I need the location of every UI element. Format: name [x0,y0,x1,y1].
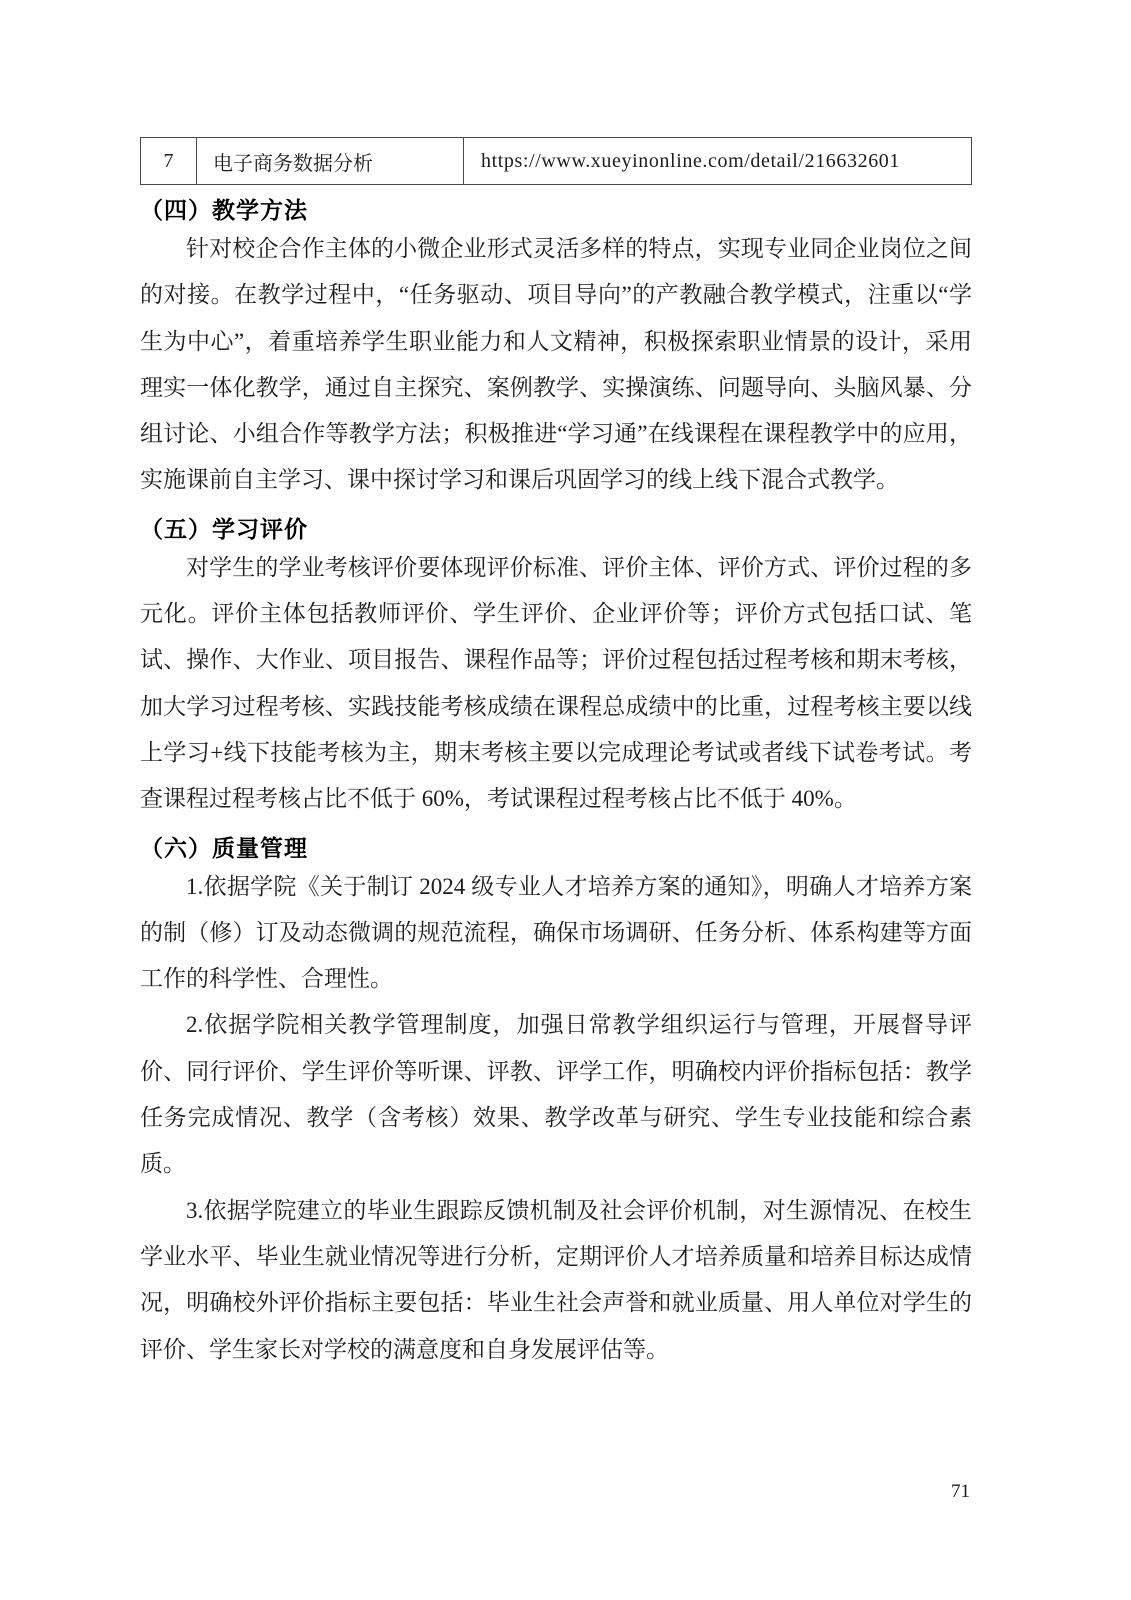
course-index-cell: 7 [141,138,197,185]
section-heading-learning-evaluation: （五）学习评价 [140,513,972,545]
course-url-cell: https://www.xueyinonline.com/detail/2166… [464,138,972,185]
paragraph-quality-management-3: 3.依据学院建立的毕业生跟踪反馈机制及社会评价机制，对生源情况、在校生学业水平、… [140,1188,972,1373]
paragraph-quality-management-1: 1.依据学院《关于制订 2024 级专业人才培养方案的通知》，明确人才培养方案的… [140,864,972,1003]
paragraph-learning-evaluation: 对学生的学业考核评价要体现评价标准、评价主体、评价方式、评价过程的多元化。评价主… [140,545,972,823]
paragraph-quality-management-2: 2.依据学院相关教学管理制度，加强日常教学组织运行与管理，开展督导评价、同行评价… [140,1002,972,1187]
document-content: 7 电子商务数据分析 https://www.xueyinonline.com/… [140,137,972,1373]
course-resource-table: 7 电子商务数据分析 https://www.xueyinonline.com/… [140,137,972,185]
table-row: 7 电子商务数据分析 https://www.xueyinonline.com/… [141,138,972,185]
page-number: 71 [951,1481,970,1503]
course-name-cell: 电子商务数据分析 [197,138,464,185]
section-heading-quality-management: （六）质量管理 [140,832,972,864]
paragraph-teaching-methods: 针对校企合作主体的小微企业形式灵活多样的特点，实现专业同企业岗位之间的对接。在教… [140,226,972,504]
section-heading-teaching-methods: （四）教学方法 [140,194,972,226]
document-page: 7 电子商务数据分析 https://www.xueyinonline.com/… [0,0,1131,1600]
